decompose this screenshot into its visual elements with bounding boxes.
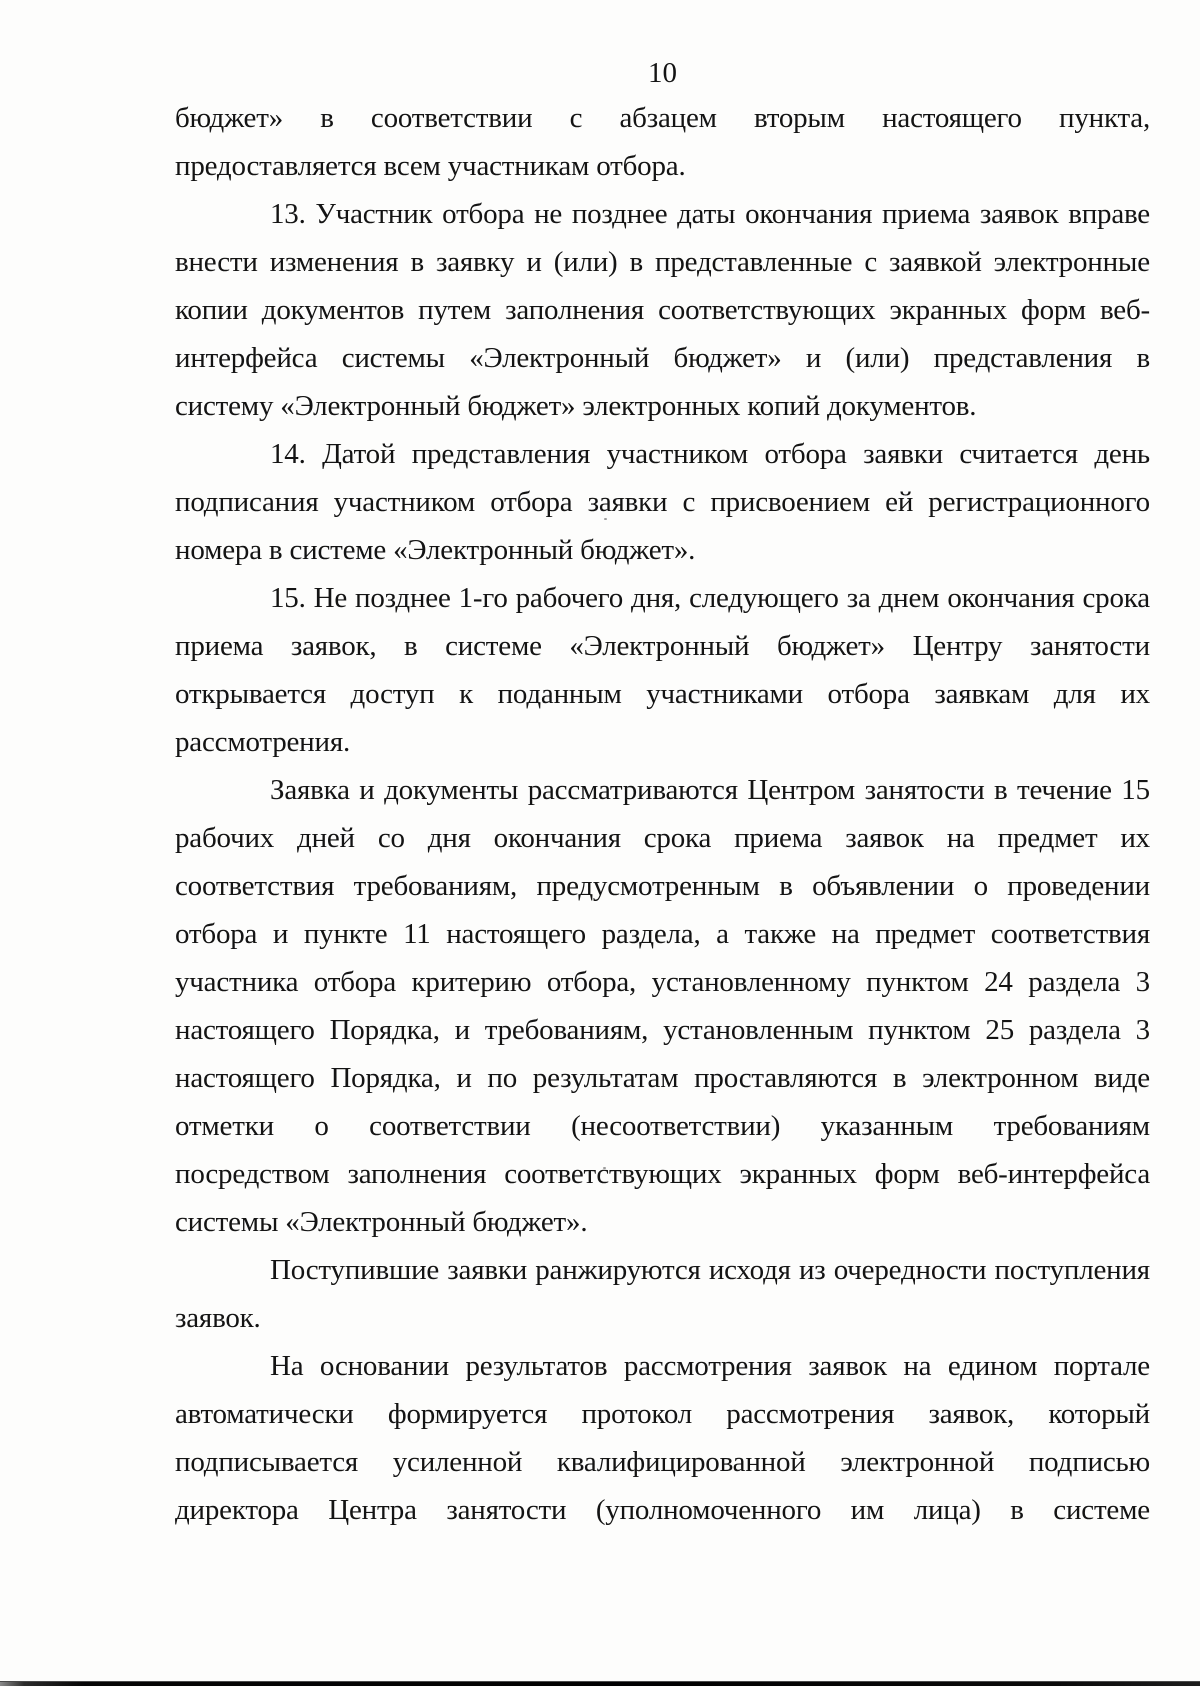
paragraph: 13.Участникотборанепозднеедатыокончанияп… (175, 190, 1150, 430)
text-line: систему «Электронный бюджет» электронных… (175, 382, 1150, 430)
text-line: интерфейсасистемы«Электронныйбюджет»и(ил… (175, 334, 1150, 382)
word: соответствующих (658, 286, 875, 334)
word: заявок, (929, 1390, 1015, 1438)
word: внести (175, 238, 258, 286)
word: отбора (490, 478, 572, 526)
text-line: отбораипункте11настоящегораздела,атакжен… (175, 910, 1150, 958)
word: бюджет» (175, 94, 283, 142)
word: в (1136, 334, 1150, 382)
text-line: посредствомзаполнениясоответствующихэкра… (175, 1150, 1150, 1198)
word: бюджет» (777, 622, 885, 670)
word: 11 (403, 910, 431, 958)
word: требованиям (994, 1102, 1150, 1150)
word: квалифицированной (557, 1438, 806, 1486)
word: а (716, 910, 729, 958)
word: веб-интерфейса (958, 1150, 1150, 1198)
word: поданным (498, 670, 622, 718)
word: доступ (351, 670, 435, 718)
word: вправе (1068, 190, 1150, 238)
word: окончания (745, 190, 872, 238)
word: срока (1082, 574, 1149, 622)
word: объявлении (812, 862, 954, 910)
word: настоящего (446, 910, 586, 958)
word: копии (175, 286, 248, 334)
word: 14. (270, 430, 306, 478)
word: соответствии (371, 94, 532, 142)
word: изменения (270, 238, 399, 286)
word: едином (948, 1342, 1037, 1390)
text-line: Поступившиезаявкиранжируютсяисходяизочер… (175, 1246, 1150, 1294)
paragraph: 14.Датойпредставленияучастникомотборазая… (175, 430, 1150, 574)
word: заявок (808, 1342, 887, 1390)
word: экранных (890, 286, 1007, 334)
word: пунктом (866, 958, 968, 1006)
text-line: приемазаявок,всистеме«Электронныйбюджет»… (175, 622, 1150, 670)
word: с (864, 238, 877, 286)
word: присвоением (710, 478, 870, 526)
word: портале (1054, 1342, 1150, 1390)
word: подписания (175, 478, 318, 526)
word: окончания (947, 574, 1074, 622)
word: окончания (494, 814, 621, 862)
word: соответствия (991, 910, 1150, 958)
word: рабочего (516, 574, 623, 622)
word: за (847, 574, 871, 622)
word: ранжируются (535, 1246, 700, 1294)
word: (или) (554, 238, 618, 286)
word: заполнения (347, 1150, 486, 1198)
word: приема (175, 622, 263, 670)
word: который (1048, 1390, 1150, 1438)
text-line: номера в системе «Электронный бюджет». (175, 526, 1150, 574)
word: считается (959, 430, 1078, 478)
word: в (320, 94, 334, 142)
word: рабочих (175, 814, 274, 862)
word: открывается (175, 670, 326, 718)
word: установленному (652, 958, 851, 1006)
word: (уполномоченного (596, 1486, 821, 1534)
word: заявок (845, 814, 924, 862)
word: 15. (270, 574, 306, 622)
word: также (744, 910, 816, 958)
text-line: рабочихднейсодняокончаниясрокаприемазаяв… (175, 814, 1150, 862)
word: Датой (322, 430, 395, 478)
word: рассматриваются (528, 766, 738, 814)
text-line: подписываетсяусиленнойквалифицированнойэ… (175, 1438, 1150, 1486)
word: соответствующих (504, 1150, 721, 1198)
word: заявки (588, 478, 668, 526)
word: их (1120, 670, 1150, 718)
word: Заявка (270, 766, 350, 814)
text-line: отметкиосоответствии(несоответствии)указ… (175, 1102, 1150, 1150)
word: о (974, 862, 988, 910)
word: настоящего (175, 1054, 315, 1102)
word: участником (607, 430, 748, 478)
text-line: 14.Датойпредставленияучастникомотборазая… (175, 430, 1150, 478)
word: регистрационного (928, 478, 1150, 526)
word: и (456, 1054, 471, 1102)
word: для (1054, 670, 1096, 718)
word: системе (1053, 1486, 1150, 1534)
scan-speck (603, 1167, 606, 1169)
word: позднее (355, 574, 451, 622)
word: пункте (304, 910, 388, 958)
word: в (630, 238, 644, 286)
word: веб- (1100, 286, 1150, 334)
word: заявок, (291, 622, 377, 670)
word: дня (428, 814, 471, 862)
word: протокол (581, 1390, 692, 1438)
word: лица) (914, 1486, 981, 1534)
word: Участник (315, 190, 432, 238)
paragraph: бюджет»всоответствиисабзацемвторымнастоя… (175, 94, 1150, 190)
word: посредством (175, 1150, 330, 1198)
word: усиленной (393, 1438, 523, 1486)
word: и (806, 334, 821, 382)
word: Поступившие (270, 1246, 439, 1294)
word: заявок (980, 190, 1059, 238)
word: представления (934, 334, 1112, 382)
word: в (779, 862, 793, 910)
word: в (410, 238, 424, 286)
word: течение (1017, 766, 1112, 814)
word: системе (445, 622, 542, 670)
word: абзацем (619, 94, 716, 142)
word: электронной (840, 1438, 994, 1486)
word: результатам (533, 1054, 679, 1102)
text-line: внестиизменениявзаявкуи(или)впредставлен… (175, 238, 1150, 286)
word: по (487, 1054, 517, 1102)
word: форм (875, 1150, 940, 1198)
word: занятости (446, 1486, 566, 1534)
word: 24 (984, 958, 1013, 1006)
word: документы (384, 766, 518, 814)
scan-speck (604, 518, 607, 520)
word: рассмотрения (624, 1342, 792, 1390)
word: Порядка, (330, 1054, 440, 1102)
word: приема (882, 190, 970, 238)
word: (или) (846, 334, 910, 382)
word: заявки (863, 430, 943, 478)
word: ей (885, 478, 913, 526)
word: дней (297, 814, 355, 862)
text-line: копиидокументовпутемзаполнениясоответств… (175, 286, 1150, 334)
word: соответствия (175, 862, 334, 910)
word: заявку (436, 238, 514, 286)
word: на (947, 814, 975, 862)
word: 3 (1136, 1006, 1150, 1054)
document-page: 10 бюджет»всоответствиисабзацемвторымнас… (0, 0, 1200, 1687)
word: и (273, 910, 288, 958)
word: Порядка, (330, 1006, 440, 1054)
word: отбора (765, 430, 847, 478)
word: Центру (913, 622, 1003, 670)
word: Центром (747, 766, 855, 814)
word: отбора (314, 958, 396, 1006)
word: отбора (442, 190, 524, 238)
word: приема (734, 814, 822, 862)
text-line: настоящегоПорядка,ипорезультатампроставл… (175, 1054, 1150, 1102)
word: отбора (828, 670, 910, 718)
word: Центра (328, 1486, 417, 1534)
word: день (1094, 430, 1150, 478)
text-line: бюджет»всоответствиисабзацемвторымнастоя… (175, 94, 1150, 142)
word: занятости (865, 766, 985, 814)
word: даты (677, 190, 735, 238)
word: срока (644, 814, 711, 862)
word: требованиям, (354, 862, 517, 910)
text-line: участникаотборакритериюотбора,установлен… (175, 958, 1150, 1006)
word: отметки (175, 1102, 274, 1150)
word: заявкой (889, 238, 982, 286)
word: из (799, 1246, 826, 1294)
word: в (404, 622, 418, 670)
word: Не (314, 574, 347, 622)
word: раздела (1028, 958, 1120, 1006)
word: «Электронный (469, 334, 649, 382)
text-line: рассмотрения. (175, 718, 1150, 766)
word: и (526, 238, 541, 286)
word: вторым (754, 94, 845, 142)
word: заявкам (934, 670, 1029, 718)
word: директора (175, 1486, 299, 1534)
page-number: 10 (175, 56, 1150, 90)
word: требованиям, (485, 1006, 648, 1054)
word: и (359, 766, 374, 814)
word: с (683, 478, 696, 526)
word: пункта, (1059, 94, 1150, 142)
word: форм (1021, 286, 1086, 334)
word: системы (342, 334, 445, 382)
word: пунктом (868, 1006, 970, 1054)
scan-edge-artifact (0, 1681, 1200, 1686)
word: указанным (821, 1102, 953, 1150)
word: заявки (447, 1246, 527, 1294)
word: заполнения (505, 286, 644, 334)
word: 15 (1121, 766, 1150, 814)
word: с (570, 94, 583, 142)
word: предмет (998, 814, 1098, 862)
word: 13. (270, 190, 306, 238)
word: предусмотренным (536, 862, 759, 910)
word: 25 (985, 1006, 1014, 1054)
text-line: 15.Непозднее1-горабочегодня,следующегоза… (175, 574, 1150, 622)
word: представленные (655, 238, 852, 286)
word: на (832, 910, 860, 958)
document-body: бюджет»всоответствиисабзацемвторымнастоя… (175, 94, 1150, 1534)
word: электронные (994, 238, 1150, 286)
text-line: подписанияучастникомотборазаявкисприсвое… (175, 478, 1150, 526)
word: бюджет» (674, 334, 782, 382)
word: не (534, 190, 562, 238)
text-line: директораЦентразанятости(уполномоченного… (175, 1486, 1150, 1534)
word: подписью (1029, 1438, 1150, 1486)
paragraph: Поступившиезаявкиранжируютсяисходяизочер… (175, 1246, 1150, 1342)
paragraph: Наоснованиирезультатоврассмотрениязаявок… (175, 1342, 1150, 1534)
word: настоящего (882, 94, 1022, 142)
word: очередности (834, 1246, 987, 1294)
word: 1-го (459, 574, 508, 622)
word: интерфейса (175, 334, 317, 382)
text-line: 13.Участникотборанепозднеедатыокончанияп… (175, 190, 1150, 238)
word: к (459, 670, 473, 718)
word: отбора (175, 910, 257, 958)
word: путем (418, 286, 491, 334)
word: экранных (740, 1150, 857, 1198)
word: днем (879, 574, 940, 622)
word: результатов (465, 1342, 607, 1390)
word: установленным (663, 1006, 853, 1054)
word: соответствии (369, 1102, 530, 1150)
word: «Электронный (569, 622, 749, 670)
text-line: настоящегоПорядка,итребованиям,установле… (175, 1006, 1150, 1054)
paragraph: 15.Непозднее1-горабочегодня,следующегоза… (175, 574, 1150, 766)
text-line: системы «Электронный бюджет». (175, 1198, 1150, 1246)
word: поступления (995, 1246, 1150, 1294)
word: их (1120, 814, 1150, 862)
word: формируется (388, 1390, 547, 1438)
word: со (378, 814, 405, 862)
word: критерию (412, 958, 532, 1006)
word: в (893, 1054, 907, 1102)
text-line: ЗаявкаидокументырассматриваютсяЦентромза… (175, 766, 1150, 814)
word: занятости (1030, 622, 1150, 670)
text-line: заявок. (175, 1294, 1150, 1342)
text-line: соответствиятребованиям,предусмотреннымв… (175, 862, 1150, 910)
word: (несоответствии) (571, 1102, 780, 1150)
word: участника (175, 958, 298, 1006)
word: в (1010, 1486, 1024, 1534)
word: основании (320, 1342, 449, 1390)
word: участниками (646, 670, 803, 718)
word: участником (334, 478, 475, 526)
text-line: Наоснованиирезультатоврассмотрениязаявок… (175, 1342, 1150, 1390)
word: представления (412, 430, 590, 478)
word: документов (262, 286, 404, 334)
word: и (455, 1006, 470, 1054)
word: подписывается (175, 1438, 358, 1486)
word: предмет (875, 910, 975, 958)
paragraph: ЗаявкаидокументырассматриваютсяЦентромза… (175, 766, 1150, 1246)
word: на (903, 1342, 931, 1390)
word: На (270, 1342, 303, 1390)
word: проведении (1007, 862, 1150, 910)
word: дня, (631, 574, 681, 622)
word: о (314, 1102, 328, 1150)
text-line: предоставляется всем участникам отбора. (175, 142, 1150, 190)
word: отбора, (547, 958, 636, 1006)
word: позднее (572, 190, 668, 238)
word: проставляются (694, 1054, 877, 1102)
word: в (994, 766, 1008, 814)
word: раздела, (602, 910, 701, 958)
word: 3 (1136, 958, 1150, 1006)
word: электронном (922, 1054, 1078, 1102)
word: раздела (1029, 1006, 1121, 1054)
word: настоящего (175, 1006, 315, 1054)
word: виде (1094, 1054, 1150, 1102)
word: исходя (709, 1246, 791, 1294)
word: автоматически (175, 1390, 354, 1438)
text-line: открываетсядоступкподаннымучастникамиотб… (175, 670, 1150, 718)
text-line: автоматическиформируетсяпротоколрассмотр… (175, 1390, 1150, 1438)
word: следующего (689, 574, 839, 622)
word: рассмотрения (726, 1390, 894, 1438)
word: им (851, 1486, 884, 1534)
